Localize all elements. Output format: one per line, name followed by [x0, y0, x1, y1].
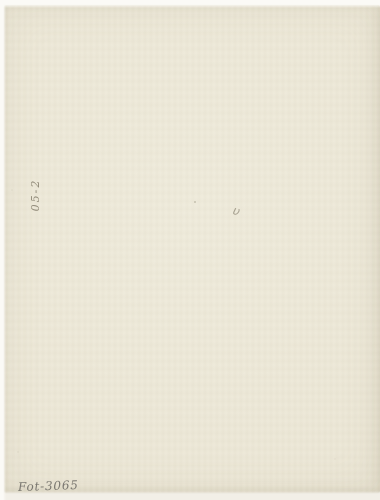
- pencil-squiggle-mark: υ: [231, 203, 241, 218]
- photo-verso-scan: 05-2 υ Fot-3065: [0, 0, 380, 500]
- photo-verso-paper: 05-2 υ Fot-3065: [4, 5, 380, 493]
- paper-speck: [194, 201, 196, 203]
- handwritten-catalog-number: Fot-3065: [18, 478, 79, 494]
- handwritten-side-number: 05-2: [12, 172, 58, 218]
